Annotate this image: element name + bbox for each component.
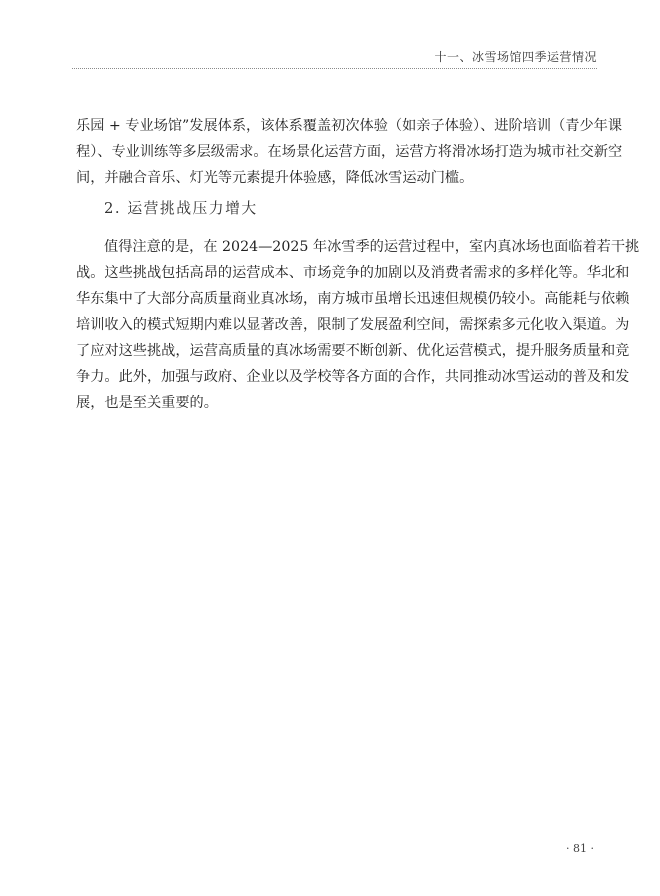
paragraph-operational-challenges: 值得注意的是，在 2024—2025 年冰雪季的运营过程中，室内真冰场也面临着若… [76, 234, 596, 416]
running-header: 十一、冰雪场馆四季运营情况 [72, 46, 597, 69]
paragraph-line: 值得注意的是，在 2024—2025 年冰雪季的运营过程中，室内真冰场也面临着若… [76, 234, 596, 260]
section-heading: 2. 运营挑战压力增大 [104, 198, 258, 220]
paragraph-line: 程）、专业训练等多层级需求。在场景化运营方面，运营方将滑冰场打造为城市社交新空 [76, 139, 596, 165]
running-header-title: 十一、冰雪场馆四季运营情况 [434, 48, 597, 65]
paragraph-line: 乐园 + 专业场馆”发展体系，该体系覆盖初次体验（如亲子体验）、进阶培训（青少年… [76, 113, 596, 139]
paragraph-line: 战。这些挑战包括高昂的运营成本、市场竞争的加剧以及消费者需求的多样化等。华北和 [76, 260, 596, 286]
paragraph-line: 争力。此外，加强与政府、企业以及学校等各方面的合作，共同推动冰雪运动的普及和发 [76, 364, 596, 390]
paragraph-line: 了应对这些挑战，运营高质量的真冰场需要不断创新、优化运营模式，提升服务质量和竞 [76, 338, 596, 364]
paragraph-continued: 乐园 + 专业场馆”发展体系，该体系覆盖初次体验（如亲子体验）、进阶培训（青少年… [76, 113, 596, 191]
page-number: · 81 · [566, 842, 594, 855]
paragraph-line: 间，并融合音乐、灯光等元素提升体验感，降低冰雪运动门槛。 [76, 165, 596, 191]
paragraph-line: 展，也是至关重要的。 [76, 390, 596, 416]
paragraph-line: 华东集中了大部分高质量商业真冰场，南方城市虽增长迅速但规模仍较小。高能耗与依赖 [76, 286, 596, 312]
paragraph-line: 培训收入的模式短期内难以显著改善，限制了发展盈利空间，需探索多元化收入渠道。为 [76, 312, 596, 338]
